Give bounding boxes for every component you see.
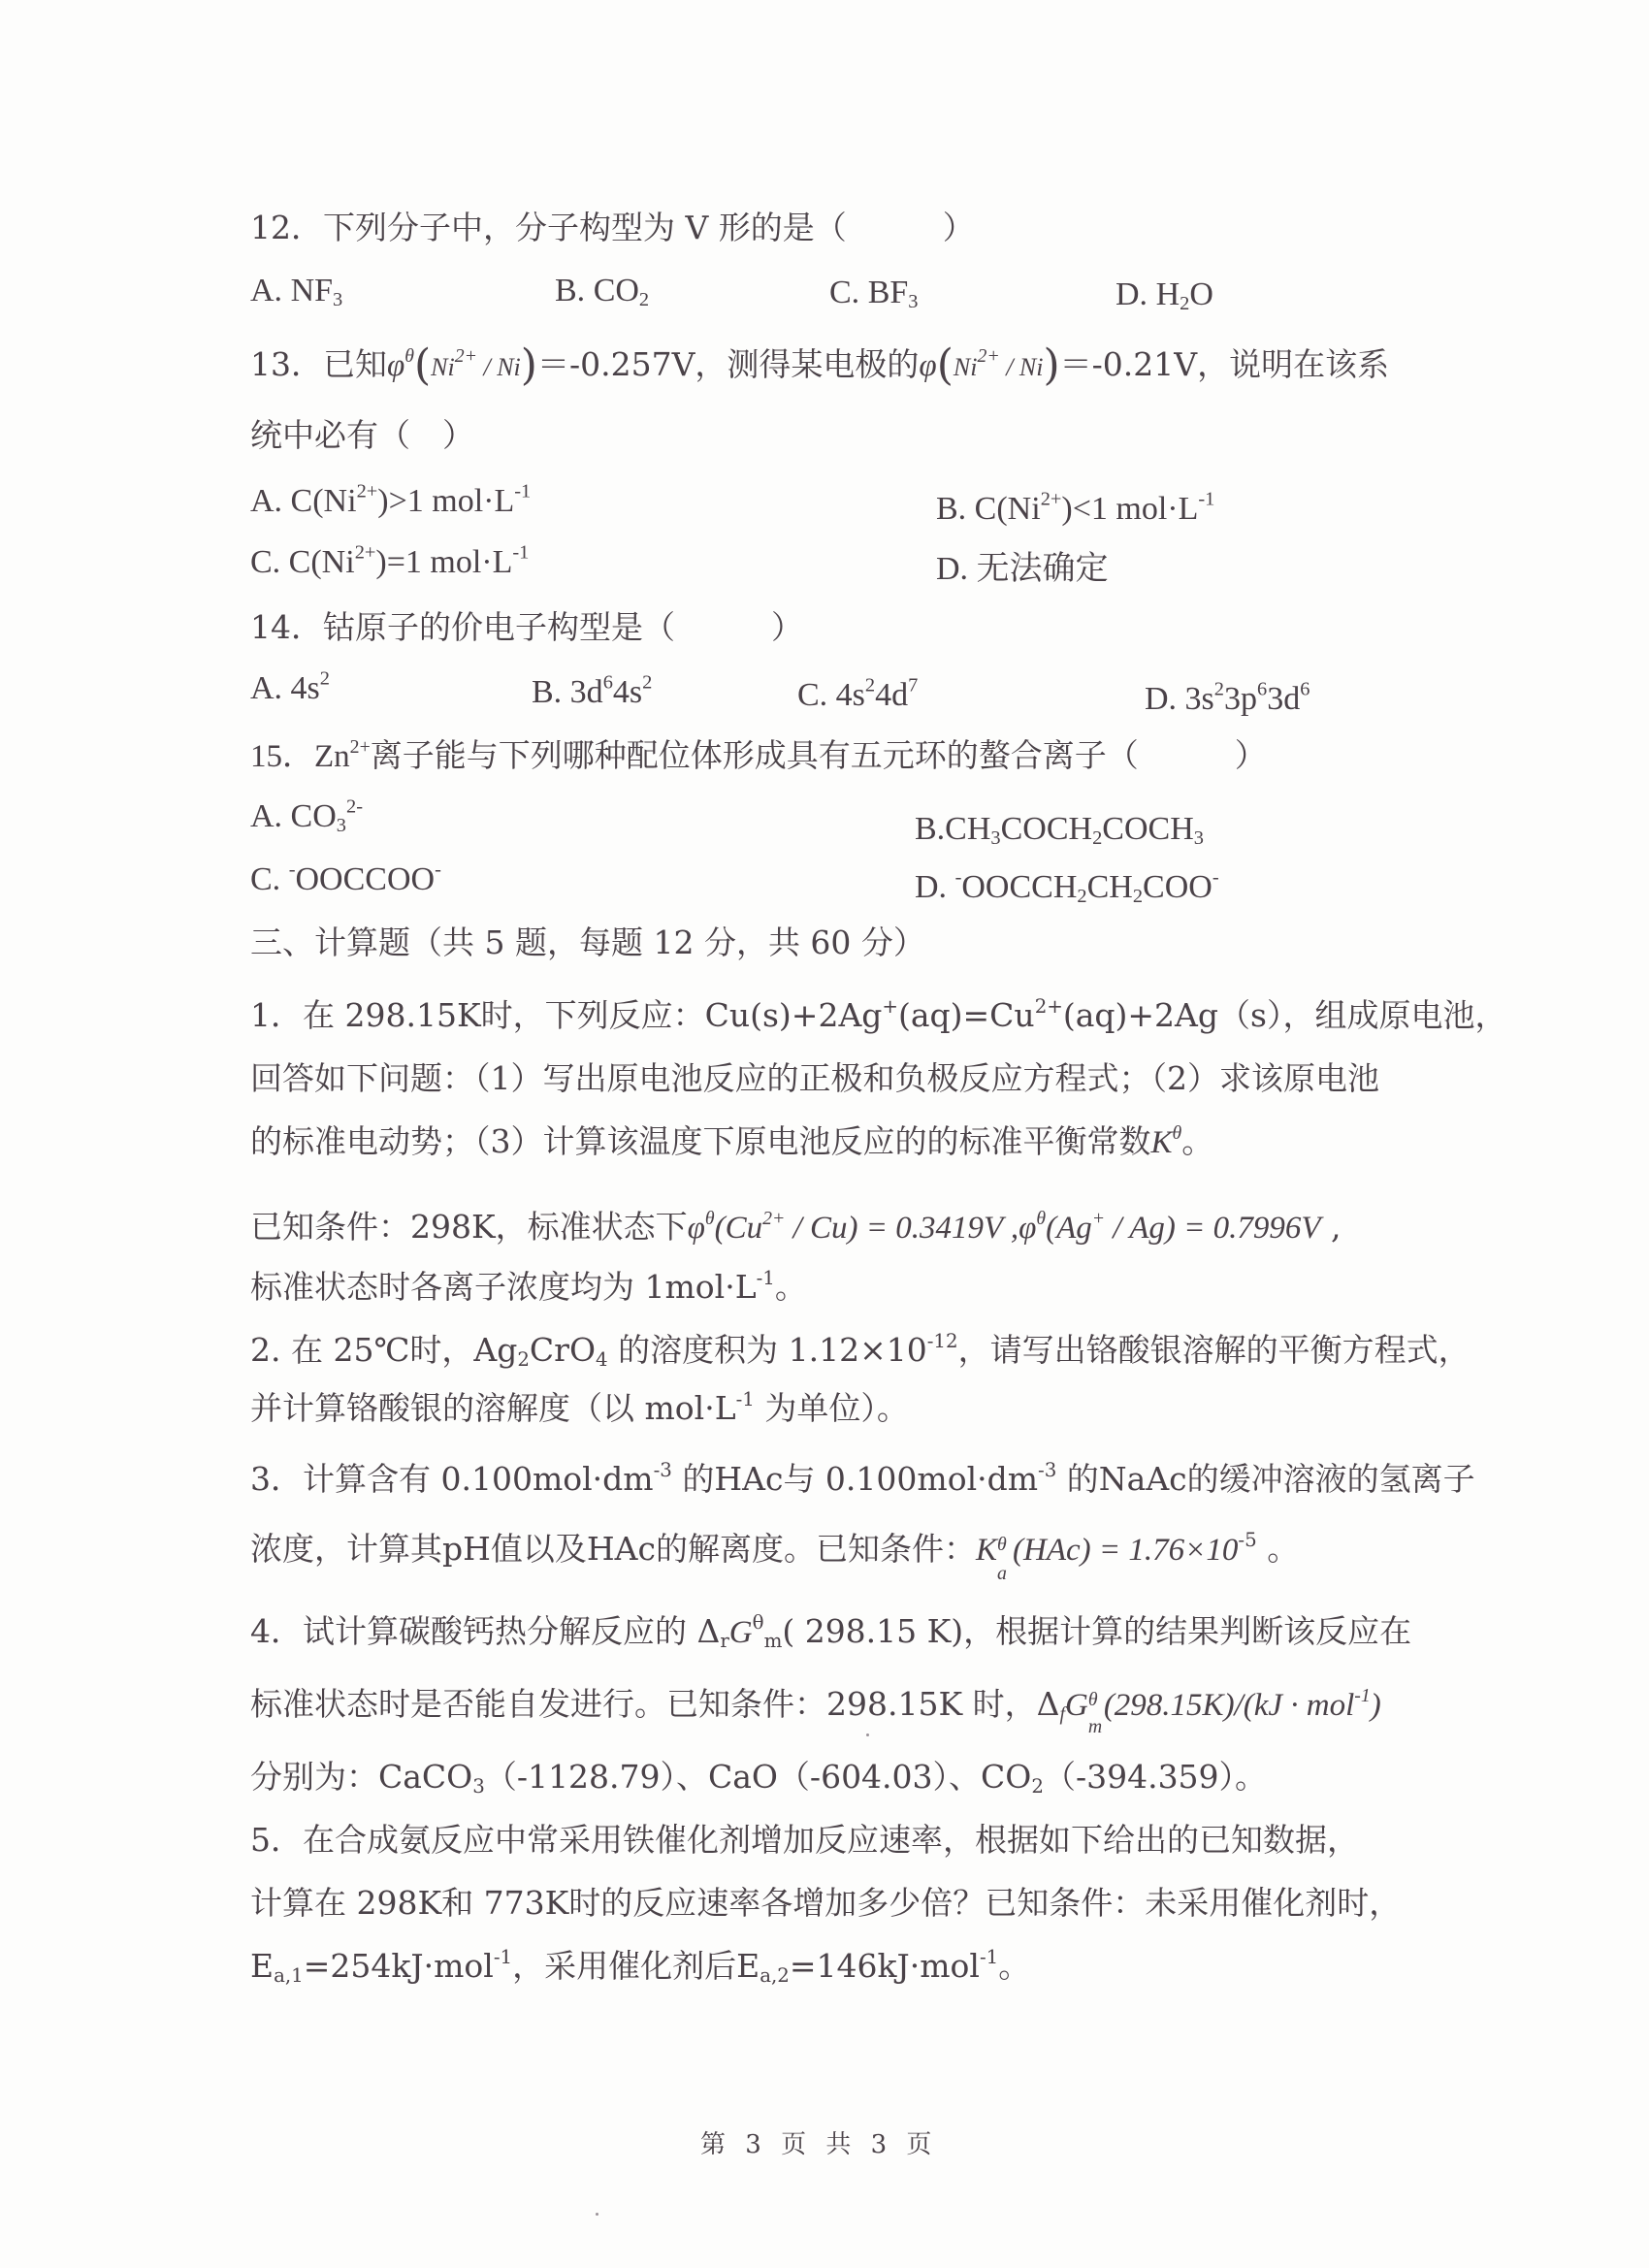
page-number: 第 3 页 共 3 页 xyxy=(700,2124,937,2160)
question-12-stem: 12．下列分子中，分子构型为 V 形的是（ ） xyxy=(250,211,975,243)
section-3-heading: 三、计算题（共 5 题，每题 12 分，共 60 分） xyxy=(250,926,925,958)
calc-4-line-2: 标准状态时是否能自发进行。已知条件：298.15K 时，ΔfGθm(298.15… xyxy=(250,1688,1381,1722)
q12-option-b: B. CO2 xyxy=(555,275,649,308)
q12-option-d: D. H2O xyxy=(1115,278,1213,311)
q15-option-a: A. CO32- xyxy=(250,800,363,833)
question-15-stem: 15．Zn2+离子能与下列哪种配位体形成具有五元环的螯合离子（ ） xyxy=(250,739,1267,773)
q13-option-c: C. C(Ni2+)=1 mol·L-1 xyxy=(250,546,529,579)
calc-2-line-2: 并计算铬酸银的溶解度（以 mol·L-1 为单位）。 xyxy=(250,1392,909,1424)
q15-option-b: B.CH3COCH2COCH3 xyxy=(915,813,1204,846)
calc-3-line-2: 浓度，计算其pH值以及HAc的解离度。已知条件：Kθa(HAc) = 1.76×… xyxy=(250,1533,1299,1567)
question-14-stem: 14．钴原子的价电子构型是（ ） xyxy=(250,611,803,643)
calc-1-known-conditions: 已知条件：298K，标准状态下φθ(Cu2+ / Cu) = 0.3419V ,… xyxy=(250,1211,1342,1245)
calc-1-line-2: 回答如下问题：（1）写出原电池反应的正极和负极反应方程式；（2）求该原电池 xyxy=(250,1062,1379,1094)
question-13-stem: 13．已知φθ(Ni2+ / Ni)＝-0.257V，测得某电极的φ(Ni2+ … xyxy=(250,344,1389,387)
q14-option-d: D. 3s23p63d6 xyxy=(1145,683,1309,716)
q15-option-c: C. -OOCCOO- xyxy=(250,863,441,896)
q12-option-c: C. BF3 xyxy=(829,276,918,309)
q13-option-d: D. 无法确定 xyxy=(936,553,1109,586)
calc-3-line-1: 3．计算含有 0.100mol·dm-3 的HAc与 0.100mol·dm-3… xyxy=(250,1463,1475,1495)
calc-1-line-5: 标准状态时各离子浓度均为 1mol·L-1。 xyxy=(250,1271,807,1303)
q14-option-a: A. 4s2 xyxy=(250,672,330,705)
calc-2-line-1: 2. 在 25℃时，Ag2CrO4 的溶度积为 1.12×10-12，请写出铬酸… xyxy=(250,1334,1471,1366)
q15-option-d: D. -OOCCH2CH2COO- xyxy=(915,871,1219,904)
q12-option-a: A. NF3 xyxy=(250,275,342,308)
q14-option-c: C. 4s24d7 xyxy=(797,679,918,712)
q14-option-b: B. 3d64s2 xyxy=(532,676,652,709)
calc-4-line-1: 4．试计算碳酸钙热分解反应的 ΔrGθm( 298.15 K)，根据计算的结果判… xyxy=(250,1615,1411,1649)
scan-speck xyxy=(596,2213,598,2216)
calc-5-line-1: 5．在合成氨反应中常采用铁催化剂增加反应速率，根据如下给出的已知数据， xyxy=(250,1824,1359,1856)
calc-5-line-2: 计算在 298K和 773K时的反应速率各增加多少倍？已知条件：未采用催化剂时， xyxy=(250,1887,1401,1919)
calc-1-line-3: 的标准电动势；（3）计算该温度下原电池反应的的标准平衡常数Kθ。 xyxy=(250,1125,1213,1159)
scan-speck xyxy=(866,1733,869,1736)
q13-option-b: B. C(Ni2+)<1 mol·L-1 xyxy=(936,493,1214,526)
calc-5-line-3: Ea,1=254kJ·mol-1，采用催化剂后Ea,2=146kJ·mol-1。 xyxy=(250,1950,1030,1982)
q13-option-a: A. C(Ni2+)>1 mol·L-1 xyxy=(250,485,531,518)
calc-4-line-3: 分别为：CaCO3（-1128.79）、CaO（-604.03）、CO2（-39… xyxy=(250,1761,1267,1793)
calc-1-line-1: 1．在 298.15K时，下列反应：Cu(s)+2Ag+(aq)=Cu2+(aq… xyxy=(250,999,1506,1031)
question-13-stem-line2: 统中必有（ ） xyxy=(250,419,474,451)
